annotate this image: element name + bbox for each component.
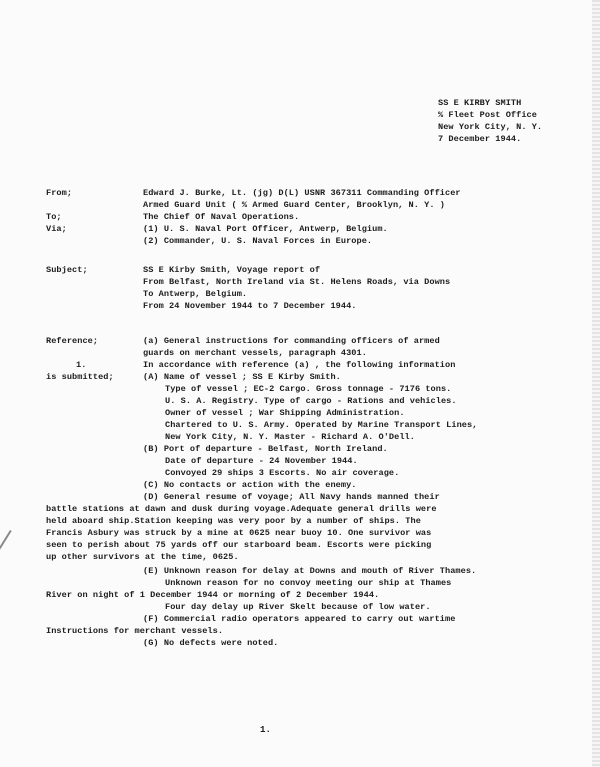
subject-line: From 24 November 1944 to 7 December 1944… [143, 300, 357, 312]
item-a: Owner of vessel ; War Shipping Administr… [165, 407, 405, 419]
item-a: U. S. A. Registry. Type of cargo - Ratio… [165, 395, 457, 407]
item-d: held aboard ship.Station keeping was ver… [46, 515, 421, 527]
intro-line: In accordance with reference (a) , the f… [143, 359, 455, 371]
item-f: (F) Commercial radio operators appeared … [143, 613, 455, 625]
item-a: Chartered to U. S. Army. Operated by Mar… [165, 419, 477, 431]
item-e: Unknown reason for no convoy meeting our… [165, 577, 451, 589]
from-label: From; [46, 187, 72, 199]
header-line: 7 December 1944. [438, 133, 542, 145]
via-line: (1) U. S. Naval Port Officer, Antwerp, B… [143, 223, 388, 235]
header-line: % Fleet Post Office [438, 109, 542, 121]
item-e: (E) Unknown reason for delay at Downs an… [143, 565, 476, 577]
item-b: (B) Port of departure - Belfast, North I… [143, 443, 388, 455]
reference-line: (a) General instructions for commanding … [143, 335, 440, 347]
item-d: Francis Asbury was struck by a mine at 0… [46, 527, 431, 539]
reference-line: guards on merchant vessels, paragraph 43… [143, 347, 367, 359]
margin-pencil-mark [0, 530, 12, 565]
item-e: River on night of 1 December 1944 or mor… [46, 589, 379, 601]
item-b: Date of departure - 24 November 1944. [165, 455, 358, 467]
item-d: up other survivors at the time, 0625. [46, 551, 239, 563]
item-d: seen to perish about 75 yards off our st… [46, 539, 431, 551]
item-a: Type of vessel ; EC-2 Cargo. Gross tonna… [165, 383, 451, 395]
from-line: Edward J. Burke, Lt. (jg) D(L) USNR 3673… [143, 187, 461, 199]
item-d: (D) General resume of voyage; All Navy h… [143, 491, 440, 503]
letterhead: SS E KIRBY SMITH % Fleet Post Office New… [438, 97, 542, 145]
via-line: (2) Commander, U. S. Naval Forces in Eur… [143, 235, 372, 247]
from-line: Armed Guard Unit ( % Armed Guard Center,… [143, 199, 445, 211]
scan-edge [592, 0, 600, 767]
header-line: New York City, N. Y. [438, 121, 542, 133]
subject-line: To Antwerp, Belgium. [143, 288, 247, 300]
item-a: (A) Name of vessel ; SS E Kirby Smith. [143, 371, 341, 383]
item-e: Four day delay up River Skelt because of… [165, 601, 431, 613]
item-c: (C) No contacts or action with the enemy… [143, 479, 357, 491]
item-f: Instructions for merchant vessels. [46, 625, 223, 637]
subject-line: SS E Kirby Smith, Voyage report of [143, 264, 320, 276]
header-line: SS E KIRBY SMITH [438, 97, 542, 109]
page-number: 1. [260, 724, 271, 736]
submitted-label: is submitted; [46, 371, 114, 383]
item-d: battle stations at dawn and dusk during … [46, 503, 437, 515]
item-b: Convoyed 29 ships 3 Escorts. No air cove… [165, 467, 399, 479]
paragraph-number: 1. [76, 359, 86, 371]
subject-line: From Belfast, North Ireland via St. Hele… [143, 276, 450, 288]
via-label: Via; [46, 223, 67, 235]
to-label: To; [46, 211, 62, 223]
item-a: New York City, N. Y. Master - Richard A.… [165, 431, 415, 443]
reference-label: Reference; [46, 335, 98, 347]
to-value: The Chief Of Naval Operations. [143, 211, 299, 223]
item-g: (G) No defects were noted. [143, 637, 278, 649]
subject-label: Subject; [46, 264, 88, 276]
